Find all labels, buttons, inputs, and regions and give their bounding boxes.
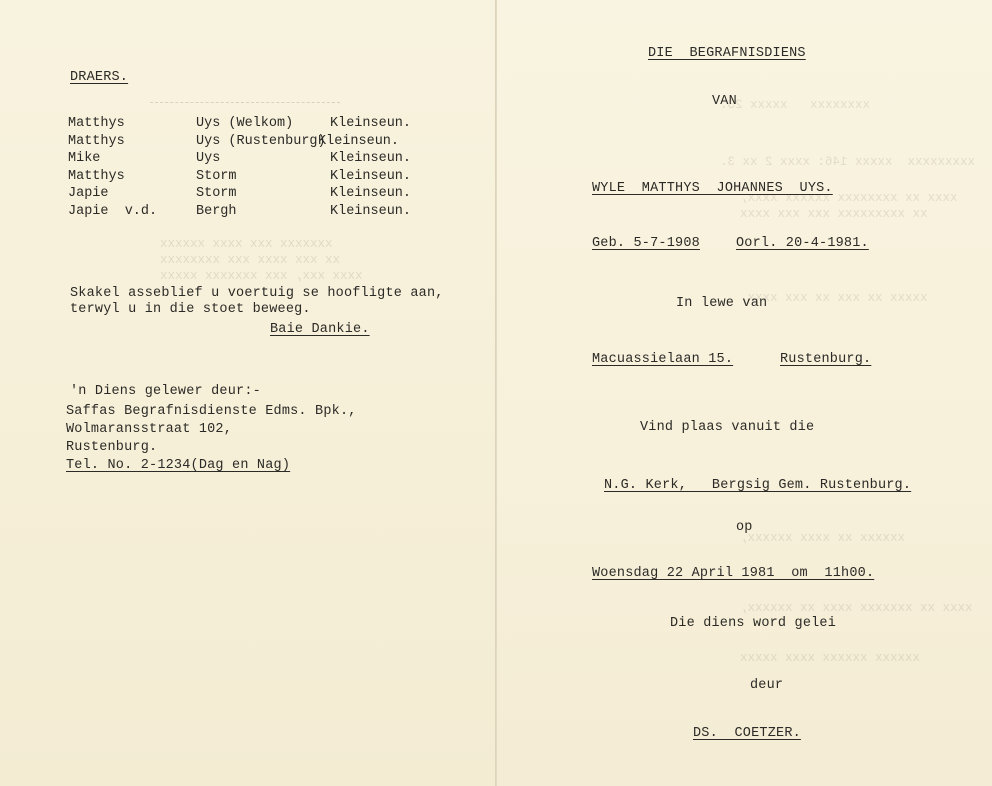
bearer-relation: Kleinseun.: [330, 169, 411, 184]
show-through: xxxx xx xxxxxxx xxxx xx xxxxxx,: [740, 600, 973, 616]
service-city: Rustenburg.: [66, 440, 157, 456]
bearer-relation: Kleinseun.: [330, 151, 411, 166]
bearers-list: Matthys Uys (Welkom) Kleinseun. Matthys …: [68, 116, 428, 221]
right-page: [496, 0, 992, 786]
bearer-surname: Uys: [196, 151, 220, 166]
show-through: xxxxxx xxxxxx xxxx xxxxx: [740, 650, 920, 666]
show-through: xx xxxxxxxxx xxx xxx xxxx: [740, 206, 928, 222]
van-label: VAN: [712, 94, 737, 110]
bearer-relation: Kleinseun.: [318, 134, 399, 149]
service-phone: Tel. No. 2-1234(Dag en Nag): [66, 458, 290, 474]
bearer-row: Japie v.d. Bergh Kleinseun.: [68, 204, 428, 222]
bearer-first-name: Japie: [68, 186, 109, 201]
bearer-surname: Storm: [196, 169, 237, 184]
service-company: Saffas Begrafnisdienste Edms. Bpk.,: [66, 404, 357, 420]
show-through: [150, 92, 340, 103]
show-through: xxxxxxxx xxxxx 23.: [720, 97, 870, 113]
service-datetime: Woensdag 22 April 1981 om 11h00.: [592, 566, 874, 582]
show-through: xxxxxxx xxx xxxx xxxxxx: [160, 236, 333, 252]
death-date: Oorl. 20-4-1981.: [736, 236, 869, 252]
bearer-first-name: Matthys: [68, 116, 125, 131]
deceased-name: WYLE MATTHYS JOHANNES UYS.: [592, 181, 833, 197]
show-through: xxxxx xx xxx xx xxx xxxx,: [740, 290, 928, 306]
residence-intro: In lewe van: [676, 296, 767, 312]
bearer-first-name: Matthys: [68, 169, 125, 184]
bearer-first-name: Mike: [68, 151, 100, 166]
on-label: op: [736, 520, 753, 536]
officiant-intro: Die diens word gelei: [670, 616, 836, 632]
bearer-surname: Uys (Welkom): [196, 116, 293, 131]
bearer-relation: Kleinseun.: [330, 186, 411, 201]
bearer-relation: Kleinseun.: [330, 204, 411, 219]
thanks-text: Baie Dankie.: [270, 322, 370, 338]
bearer-row: Matthys Uys (Rustenburg) Kleinseun.: [68, 134, 428, 152]
residence-street: Macuassielaan 15.: [592, 352, 733, 368]
bearer-surname: Bergh: [196, 204, 237, 219]
bearer-row: Mike Uys Kleinseun.: [68, 151, 428, 169]
headlights-notice-line2: terwyl u in die stoet beweeg.: [70, 302, 311, 318]
bearer-row: Matthys Uys (Welkom) Kleinseun.: [68, 116, 428, 134]
service-intro: 'n Diens gelewer deur:-: [70, 384, 261, 400]
venue: N.G. Kerk, Bergsig Gem. Rustenburg.: [604, 478, 911, 494]
page-fold: [495, 0, 497, 786]
bearer-first-name: Matthys: [68, 134, 125, 149]
service-title: DIE BEGRAFNISDIENS: [648, 46, 806, 62]
officiant-name: DS. COETZER.: [693, 726, 801, 742]
bearers-heading: DRAERS.: [70, 70, 128, 86]
show-through: xxxx xxx, xxx xxxxxxx xxxxx: [160, 268, 363, 284]
service-address: Wolmaransstraat 102,: [66, 422, 232, 438]
bearer-row: Matthys Storm Kleinseun.: [68, 169, 428, 187]
bearer-row: Japie Storm Kleinseun.: [68, 186, 428, 204]
show-through: xxxxxx xx xxxx xxxxxx,: [740, 530, 905, 546]
birth-date: Geb. 5-7-1908: [592, 236, 700, 252]
show-through: xxxxxxxxx xxxxx 146: xxxx 2 xx 3.: [720, 154, 975, 170]
residence-city: Rustenburg.: [780, 352, 871, 368]
by-label: deur: [750, 678, 783, 694]
venue-intro: Vind plaas vanuit die: [640, 420, 814, 436]
headlights-notice-line1: Skakel asseblief u voertuig se hoofligte…: [70, 286, 444, 302]
bearer-surname: Storm: [196, 186, 237, 201]
show-through: xx xxx xxxx xxx xxxxxxxx: [160, 252, 340, 268]
bearer-relation: Kleinseun.: [330, 116, 411, 131]
bearer-surname: Uys (Rustenburg): [196, 134, 326, 149]
bearer-first-name: Japie v.d.: [68, 204, 157, 219]
